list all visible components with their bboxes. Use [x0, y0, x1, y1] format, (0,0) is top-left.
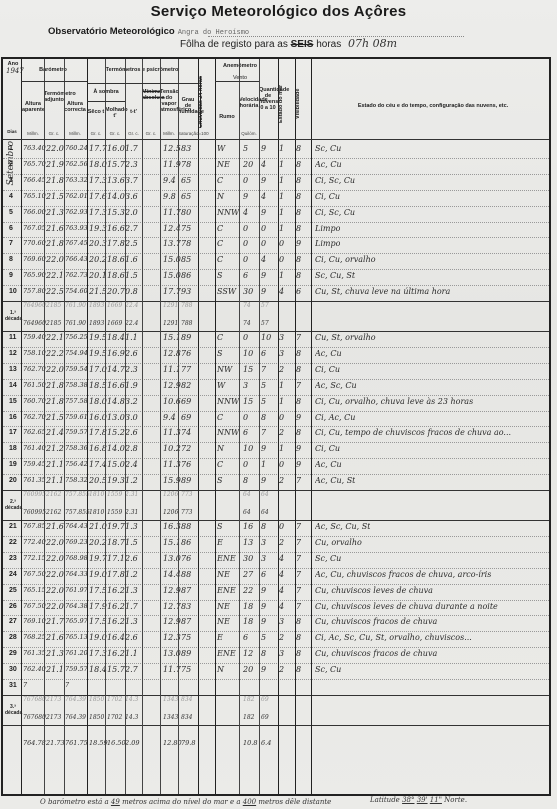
- cell-vis: 8: [296, 144, 301, 153]
- total-alt: 764.78: [23, 739, 46, 747]
- decade-vel: 74: [243, 320, 251, 327]
- cell-dir: NE: [217, 602, 230, 611]
- cell-alt: 769.60: [23, 255, 46, 263]
- cell-sea: 4: [279, 570, 284, 579]
- cell-cloud: 4: [261, 160, 266, 169]
- row-line: [3, 174, 549, 175]
- bar-col-corrected: Altura correcta: [64, 101, 86, 113]
- row-line: [3, 679, 549, 680]
- shade-header: À sombra: [87, 89, 125, 95]
- cell-tadj: 22.0: [46, 602, 64, 611]
- day-number: 4: [9, 193, 13, 200]
- row-line: [3, 237, 549, 238]
- cell-cloud: 9: [261, 208, 266, 217]
- day-number: 31: [9, 682, 17, 689]
- cell-sea: 1: [279, 144, 284, 153]
- decade-corr: 761.90: [65, 320, 86, 327]
- remark-text: Cu, St, orvalho: [315, 333, 376, 342]
- decade-dry: 1810: [89, 509, 104, 516]
- wind-col-direction: Rumo: [215, 114, 239, 120]
- cell-corr: 757.58: [65, 397, 88, 405]
- cell-vis: 8: [296, 160, 301, 169]
- decade-vel: 64: [243, 491, 251, 498]
- decade-label: 2.ª década: [5, 499, 21, 511]
- remark-text: Ci, Cu, tempo de chuviscos fracos de chu…: [315, 428, 511, 437]
- remark-text: Cu, chuviscos leves de chuva: [315, 586, 433, 595]
- cell-corr: 762.73: [65, 271, 88, 279]
- decade-hum: 788: [181, 302, 192, 309]
- total-hum: 79.8: [181, 739, 195, 747]
- thermo-col-wet: Molhado t': [105, 107, 125, 119]
- header-divider: [87, 101, 125, 102]
- decade-wet: 1559: [107, 509, 122, 516]
- cell-hum: 88: [181, 570, 191, 579]
- row-line: [3, 631, 549, 632]
- cell-alt: 762.70: [23, 365, 46, 373]
- cell-hum: 75: [181, 665, 191, 674]
- cell-vel: 30: [243, 554, 253, 563]
- decade-hum: 834: [181, 696, 192, 703]
- cell-cloud: 10: [261, 333, 271, 342]
- decade-tadj: 2173: [46, 696, 61, 703]
- cell-wet: 15.2: [107, 428, 125, 437]
- sheet-hour-line: Fôlha de registo para as SEIS horas 07h …: [180, 37, 397, 50]
- column-divider: [142, 59, 143, 794]
- cell-vis: 8: [296, 633, 301, 642]
- cell-diff: 2.3: [125, 160, 138, 169]
- decade-wet: 1669: [107, 302, 122, 309]
- decade-wet: 1559: [107, 491, 122, 498]
- cell-dir: NE: [217, 570, 230, 579]
- cell-corr: 764.33: [65, 570, 88, 578]
- cell-corr: 769.23: [65, 538, 88, 546]
- remark-text: Cu, chuviscos fracos de chuva: [315, 617, 437, 626]
- cell-vel: 8: [243, 476, 248, 485]
- cell-sea: 1: [279, 444, 284, 453]
- cell-diff: 0.8: [125, 287, 138, 296]
- cell-tadj: 21.4: [46, 428, 64, 437]
- cell-corr: 764.38: [65, 602, 88, 610]
- cell-vis: 7: [296, 586, 301, 595]
- decade-tadj: 2185: [46, 320, 61, 327]
- cell-corr: 763.93: [65, 224, 88, 232]
- cell-hum: 83: [181, 144, 191, 153]
- cell-hum: 69: [181, 397, 191, 406]
- hour-word: SEIS: [291, 39, 314, 50]
- cell-sea: 1: [279, 176, 284, 185]
- remark-text: Ci, Cu: [315, 192, 340, 201]
- cell-vis: 7: [296, 538, 301, 547]
- total-corr: 761.75: [65, 739, 88, 747]
- cell-diff: 2.6: [125, 349, 138, 358]
- cell-vis: 8: [296, 176, 301, 185]
- decade-label: 3.ª década: [5, 704, 21, 716]
- cell-hum: 89: [181, 476, 191, 485]
- cell-alt: 772.15: [23, 554, 46, 562]
- total-tadj: 21.73: [46, 739, 65, 747]
- decade-vap: 1206: [163, 491, 178, 498]
- day-number: 22: [9, 539, 17, 546]
- cell-dir: E: [217, 538, 223, 547]
- cell-cloud: 4: [261, 255, 266, 264]
- cell-tadj: 21.6: [46, 224, 64, 233]
- day-number: 11: [9, 334, 16, 341]
- header-divider: [215, 81, 259, 82]
- cell-tadj: 21.7: [46, 617, 64, 626]
- cell-cloud: 8: [261, 413, 266, 422]
- cell-dir: C: [217, 333, 223, 342]
- remark-text: Ci, Cu, orvalho: [315, 255, 376, 264]
- cell-dir: E: [217, 633, 223, 642]
- cell-tadj: 21.5: [46, 413, 64, 422]
- row-line: [3, 600, 549, 601]
- cell-tadj: 22.0: [46, 144, 64, 153]
- cell-hum: 65: [181, 192, 191, 201]
- cell-vis: 8: [296, 349, 301, 358]
- decade-diff: 14.3: [125, 714, 138, 721]
- cell-vis: 9: [296, 444, 301, 453]
- cell-cloud: 3: [261, 538, 266, 547]
- header-divider: [21, 81, 87, 82]
- remark-text: Cu, chuviscos fracos de chuva: [315, 649, 437, 658]
- cell-vel: 5: [243, 144, 248, 153]
- column-divider: [278, 59, 279, 794]
- cell-wet: 13.0: [107, 413, 125, 422]
- cell-alt: 769.10: [23, 617, 46, 625]
- cell-tadj: 22.0: [46, 586, 64, 595]
- cell-dir: C: [217, 460, 223, 469]
- cell-corr: 761.97: [65, 586, 88, 594]
- remark-text: Ci, Sc, Cu: [315, 176, 355, 185]
- cell-corr: 760.24: [65, 144, 88, 152]
- cell-corr: 762.56: [65, 160, 88, 168]
- hour-handwritten: 07h 08m: [348, 37, 397, 50]
- cell-tadj: 22.0: [46, 538, 64, 547]
- unit-label: Saturação=100: [178, 131, 198, 136]
- decade-dry: 1810: [89, 491, 104, 498]
- cell-dir: N: [217, 444, 224, 453]
- cell-wet: 15.0: [107, 460, 125, 469]
- cell-vel: 20: [243, 160, 253, 169]
- cell-hum: 76: [181, 554, 191, 563]
- row-line: [3, 426, 549, 427]
- column-divider: [160, 59, 161, 794]
- decade-alt: 767680: [23, 696, 46, 703]
- column-divider: [311, 59, 312, 794]
- day-number: 29: [9, 650, 17, 657]
- cell-cloud: 9: [261, 586, 266, 595]
- decade-cloud: 64: [261, 491, 269, 498]
- cell-corr: 766.43: [65, 255, 88, 263]
- column-divider: [178, 59, 179, 794]
- cell-cloud: 6: [261, 570, 266, 579]
- bar-col-thermo: Termómetro adjunto: [44, 91, 64, 103]
- row-line: [3, 663, 549, 664]
- cell-wet: 14.0: [107, 444, 125, 453]
- cell-alt: 765.70: [23, 160, 46, 168]
- cell-vel: 18: [243, 602, 253, 611]
- cell-vap: 9.4: [163, 413, 176, 422]
- cell-wet: 17.8: [107, 239, 125, 248]
- cell-diff: 2.7: [125, 665, 138, 674]
- cell-diff: 1.3: [125, 522, 138, 531]
- cell-vel: 10: [243, 349, 253, 358]
- cell-hum: 76: [181, 349, 191, 358]
- cell-corr: 768.98: [65, 554, 88, 562]
- cell-dir: S: [217, 522, 222, 531]
- unit-label: Gr. c.: [142, 131, 160, 136]
- cell-wet: 14.8: [107, 397, 125, 406]
- cell-hum: 77: [181, 365, 191, 374]
- decade-tadj: 2162: [46, 509, 61, 516]
- decade-cloud: 69: [261, 714, 269, 721]
- cell-sea: 1: [279, 397, 284, 406]
- cell-hum: 86: [181, 271, 191, 280]
- cell-sea: 2: [279, 633, 284, 642]
- row-line: [3, 190, 549, 191]
- cell-sea: 0: [279, 239, 284, 248]
- cell-alt: 762.40: [23, 665, 46, 673]
- row-line: [3, 536, 549, 537]
- cell-hum: 75: [181, 633, 191, 642]
- day-number: 21: [9, 523, 17, 530]
- cell-cloud: 9: [261, 144, 266, 153]
- day-number: 19: [9, 461, 17, 468]
- cell-tadj: 21.8: [46, 381, 64, 390]
- cell-alt: 762.65: [23, 428, 46, 436]
- decade-dry: 1893: [89, 302, 104, 309]
- cell-tadj: 21.2: [46, 444, 64, 453]
- cell-sea: 2: [279, 538, 284, 547]
- cell-wet: 16.9: [107, 349, 125, 358]
- cell-alt: 767.85: [23, 522, 46, 530]
- cell-alt: 761.50: [23, 381, 46, 389]
- cell-corr: 759.61: [65, 413, 88, 421]
- cell-wet: 13.6: [107, 176, 125, 185]
- unit-label: Quilóm.: [239, 131, 259, 136]
- cell-diff: 1.6: [125, 255, 138, 264]
- cell-diff: 1.5: [125, 538, 138, 547]
- cell-sea: 2: [279, 428, 284, 437]
- remark-text: Limpo: [315, 239, 340, 248]
- cell-dir: C: [217, 413, 223, 422]
- cell-dir: S: [217, 349, 222, 358]
- cell-wet: 16.2: [107, 617, 125, 626]
- cell-vis: 7: [296, 333, 301, 342]
- remark-text: Ci, Ac, Cu: [315, 413, 355, 422]
- decade-vap: 1343: [163, 714, 178, 721]
- cell-tadj: 22.0: [46, 570, 64, 579]
- cell-alt: 760.70: [23, 397, 46, 405]
- decade-hum: 773: [181, 509, 192, 516]
- cell-wet: 16.6: [107, 381, 125, 390]
- cell-wet: 15.3: [107, 208, 125, 217]
- cell-dir: W: [217, 381, 225, 390]
- bar-col-apparent: Altura aparente: [22, 101, 44, 113]
- cell-vel: 4: [243, 208, 248, 217]
- thermo-col-min: Mínima absoluta: [142, 89, 160, 101]
- cell-cloud: 9: [261, 271, 266, 280]
- cell-alt: 770.60: [23, 239, 46, 247]
- cell-vap: 9.8: [163, 192, 176, 201]
- unit-label: Gr. c.: [44, 131, 64, 136]
- row-line: [3, 331, 549, 332]
- cell-sea: 4: [279, 554, 284, 563]
- cell-vel: 0: [243, 255, 248, 264]
- sheet-prefix: Fôlha de registo para as: [180, 39, 288, 50]
- cell-corr: 7: [65, 681, 69, 689]
- cell-diff: 1.2: [125, 476, 138, 485]
- cell-sea: 1: [279, 381, 284, 390]
- cell-corr: 756.25: [65, 333, 88, 341]
- cell-diff: 2.8: [125, 444, 138, 453]
- cell-sea: 0: [279, 413, 284, 422]
- cell-diff: 1.1: [125, 649, 138, 658]
- remark-text: Sc, Cu: [315, 144, 341, 153]
- remark-text: Ac, Cu: [315, 349, 342, 358]
- cell-diff: 3.0: [125, 413, 138, 422]
- cell-alt: 761.35: [23, 649, 46, 657]
- cell-cloud: 9: [261, 476, 266, 485]
- decade-vap: 1343: [163, 696, 178, 703]
- remark-text: Sc, Cu: [315, 554, 341, 563]
- thermo-col-humidity: Grau de humidade: [178, 97, 198, 115]
- day-number: 26: [9, 603, 17, 610]
- cell-vis: 9: [296, 239, 301, 248]
- cell-alt: 765.10: [23, 192, 46, 200]
- cell-hum: 65: [181, 176, 191, 185]
- cell-diff: 1.7: [125, 144, 138, 153]
- decade-dry: 1850: [89, 696, 104, 703]
- header-bottom-line: [3, 139, 549, 140]
- cell-dir: ENE: [217, 649, 236, 658]
- cell-alt: 766.45: [23, 176, 46, 184]
- observatory-label-text: Observatório Meteorológico: [48, 26, 175, 37]
- cell-wet: 16.6: [107, 224, 125, 233]
- column-divider: [87, 59, 88, 794]
- row-line: [3, 474, 549, 475]
- cell-sea: 4: [279, 602, 284, 611]
- cell-diff: 1.9: [125, 381, 138, 390]
- days-label: Dias: [4, 129, 20, 135]
- register-sheet: Serviço Meteorológico dos Açôres Observa…: [0, 0, 557, 809]
- visibility-header: Visibilidade: [295, 69, 311, 139]
- cell-dir: N: [217, 192, 224, 201]
- cell-corr: 765.97: [65, 617, 88, 625]
- cell-vis: 8: [296, 665, 301, 674]
- row-line: [3, 442, 549, 443]
- cell-cloud: 9: [261, 444, 266, 453]
- decade-wet: 1669: [107, 320, 122, 327]
- row-line: [3, 222, 549, 223]
- cell-sea: 0: [279, 255, 284, 264]
- rain-header: Chuva das 24 horas: [198, 63, 214, 141]
- cell-dir: NE: [217, 617, 230, 626]
- row-line: [3, 520, 549, 521]
- day-number: 14: [9, 382, 17, 389]
- day-number: 27: [9, 618, 17, 625]
- cell-vel: 22: [243, 586, 253, 595]
- total-wet: 16.50: [107, 739, 126, 747]
- row-line: [3, 725, 549, 726]
- cell-tadj: 22.1: [46, 333, 64, 342]
- remarks-header: Estado do céu e do tempo, configuração d…: [323, 103, 543, 109]
- cell-diff: 2.6: [125, 633, 138, 642]
- cell-vel: 18: [243, 617, 253, 626]
- cell-sea: 1: [279, 224, 284, 233]
- cell-diff: 2.6: [125, 554, 138, 563]
- cell-cloud: 5: [261, 633, 266, 642]
- cell-vel: 13: [243, 538, 253, 547]
- cell-dir: NNW: [217, 208, 239, 217]
- day-number: 3: [9, 177, 13, 184]
- cell-dir: NW: [217, 365, 232, 374]
- cell-tadj: 21.1: [46, 665, 64, 674]
- cell-vis: 7: [296, 522, 301, 531]
- cell-hum: 80: [181, 208, 191, 217]
- cell-corr: 754.94: [65, 349, 88, 357]
- cell-vis: 6: [296, 287, 301, 296]
- remark-text: Ci, Cu: [315, 365, 340, 374]
- cell-vel: 0: [243, 333, 248, 342]
- decade-corr: 761.90: [65, 302, 86, 309]
- decade-hum: 788: [181, 320, 192, 327]
- cell-dir: C: [217, 239, 223, 248]
- cell-vis: 9: [296, 460, 301, 469]
- decade-diff: 14.3: [125, 696, 138, 703]
- cell-hum: 89: [181, 649, 191, 658]
- remark-text: Ac, Cu, chuviscos fracos de chuva, arco-…: [315, 570, 491, 579]
- cell-hum: 83: [181, 602, 191, 611]
- day-number: 24: [9, 571, 17, 578]
- unit-label: Millm.: [64, 131, 86, 136]
- remark-text: Ci, Cu: [315, 444, 340, 453]
- cell-alt: 762.70: [23, 413, 46, 421]
- decade-vel: 74: [243, 302, 251, 309]
- cell-hum: 74: [181, 428, 191, 437]
- cell-diff: 1.1: [125, 333, 138, 342]
- cell-alt: 761.40: [23, 444, 46, 452]
- cell-wet: 16.2: [107, 649, 125, 658]
- cell-dir: ENE: [217, 586, 236, 595]
- decade-wet: 1702: [107, 714, 122, 721]
- row-line: [3, 253, 549, 254]
- unit-label: Gr. c.: [87, 131, 105, 136]
- cell-vis: 8: [296, 365, 301, 374]
- cell-dir: S: [217, 476, 222, 485]
- cell-sea: 1: [279, 160, 284, 169]
- cell-alt: 757.80: [23, 287, 46, 295]
- cell-vel: 10: [243, 444, 253, 453]
- cell-vis: 7: [296, 554, 301, 563]
- decade-corr: 764.39: [65, 714, 86, 721]
- cell-hum: 86: [181, 538, 191, 547]
- cell-sea: 2: [279, 365, 284, 374]
- row-line: [3, 568, 549, 569]
- day-number: 12: [9, 350, 17, 357]
- cell-vel: 6: [243, 633, 248, 642]
- column-divider: [259, 59, 260, 794]
- cell-vel: 20: [243, 665, 253, 674]
- cell-vel: 27: [243, 570, 253, 579]
- cell-vis: 7: [296, 570, 301, 579]
- cell-dir: C: [217, 224, 223, 233]
- cell-alt: 759.45: [23, 460, 46, 468]
- total-cloud: 6.4: [261, 739, 271, 747]
- header-divider: [87, 83, 198, 84]
- cell-vel: 15: [243, 397, 253, 406]
- cell-tadj: 21.1: [46, 476, 64, 485]
